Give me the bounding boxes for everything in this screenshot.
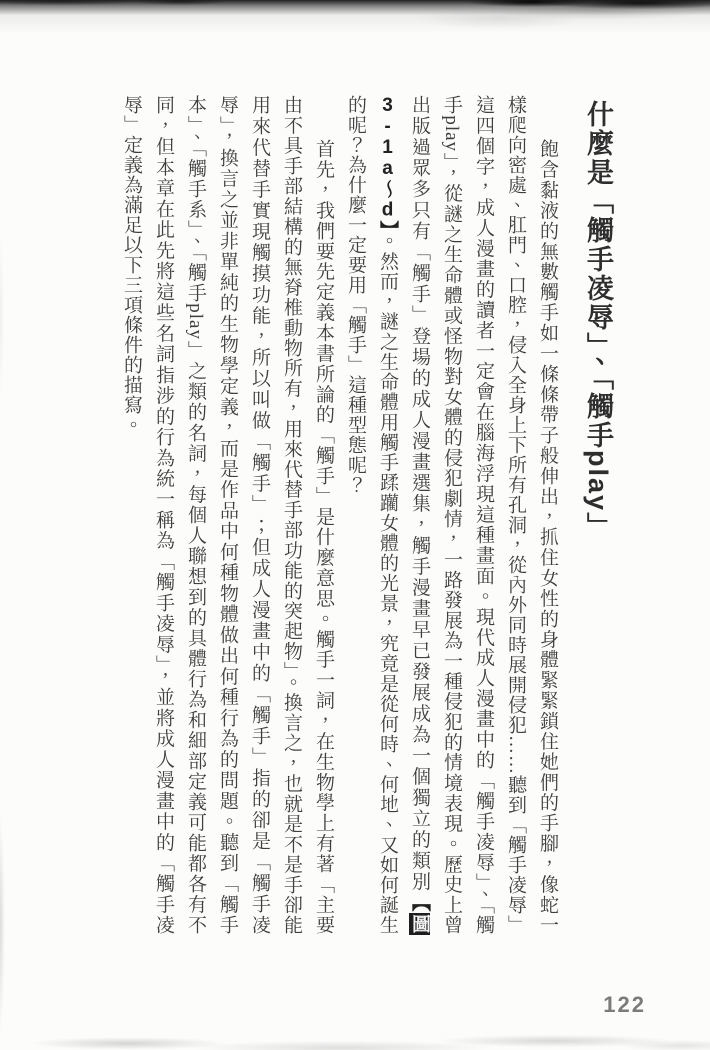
paragraph-1-text-start: 飽含黏液的無數觸手如一條條帶子般伸出，抓住女性的身體緊緊鎖住她們的手腳，像蛇一樣… (409, 95, 558, 935)
scan-edge-left (0, 0, 14, 1050)
figure-reference-label-end: d (377, 199, 398, 220)
figure-reference-label-start: 3-1a (377, 95, 398, 179)
page-number: 122 (603, 992, 646, 1018)
scan-edge-bottom (0, 1020, 710, 1050)
figure-reference-boxed-glyph: 圖 (409, 913, 430, 935)
paragraph-2: 首先，我們要先定義本書所論的「觸手」是什麼意思。觸手一詞，在生物學上有著「主要由… (115, 95, 339, 935)
page-text: 什麼是「觸手凌辱」、「觸手play」 飽含黏液的無數觸手如一條條帶子般伸出，抓住… (115, 95, 615, 935)
figure-reference-open-bracket: 【 (409, 892, 430, 913)
figure-reference-close-bracket: 】 (377, 220, 398, 231)
figure-reference-wave-dash: 〜 (377, 179, 398, 199)
paragraph-1: 飽含黏液的無數觸手如一條條帶子般伸出，抓住女性的身體緊緊鎖住她們的手腳，像蛇一樣… (339, 95, 563, 935)
scan-edge-top (0, 0, 710, 34)
chapter-title: 什麼是「觸手凌辱」、「觸手play」 (581, 95, 615, 935)
book-page: 什麼是「觸手凌辱」、「觸手play」 飽含黏液的無數觸手如一條條帶子般伸出，抓住… (0, 0, 710, 1050)
